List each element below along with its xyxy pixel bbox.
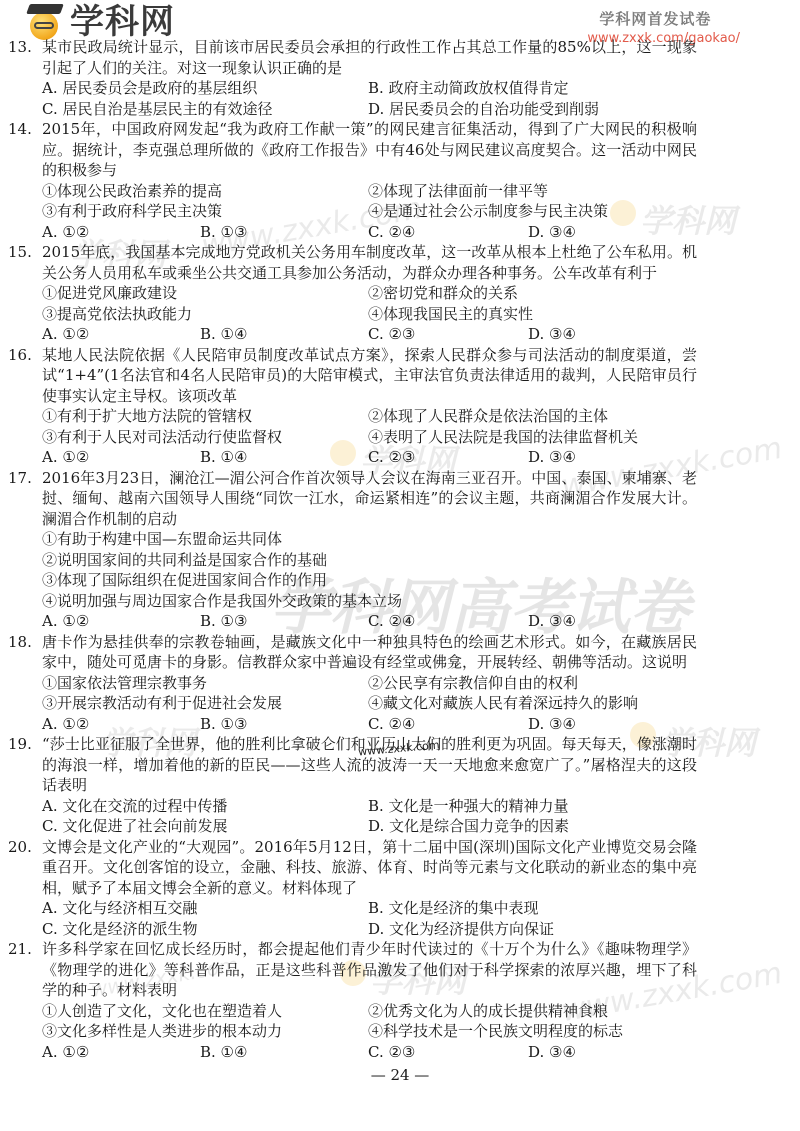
question-stem: 文博会是文化产业的“大观园”。2016年5月12日，第十二届中国(深圳)国际文化… <box>42 837 697 899</box>
question-number: 21. <box>8 939 42 1001</box>
choice-c[interactable]: C. ②④ <box>368 222 528 243</box>
choice-c[interactable]: C. ②③ <box>368 324 528 345</box>
question-stem: 某地人民法院依据《人民陪审员制度改革试点方案》，探索人民群众参与司法活动的制度渠… <box>42 345 697 407</box>
statement-2: ②密切党和群众的关系 <box>368 283 518 304</box>
choice-d[interactable]: D. ③④ <box>528 714 576 735</box>
statement-3: ③有利于人民对司法活动行使监督权 <box>42 427 368 448</box>
page-number: — 24 — <box>0 1066 800 1084</box>
question-18: 18.唐卡作为悬挂供奉的宗教卷轴画，是藏族文化中一种独具特色的绘画艺术形式。如今… <box>8 632 708 735</box>
choice-b[interactable]: B. 文化是一种强大的精神力量 <box>368 796 569 817</box>
choice-d[interactable]: D. ③④ <box>528 447 576 468</box>
choice-a[interactable]: A. ①② <box>42 324 200 345</box>
choice-a[interactable]: A. 居民委员会是政府的基层组织 <box>42 78 368 99</box>
question-21: 21.许多科学家在回忆成长经历时，都会提起他们青少年时代读过的《十万个为什么》《… <box>8 939 708 1062</box>
choice-b[interactable]: B. 文化是经济的集中表现 <box>368 898 539 919</box>
statement-1: ①促进党风廉政建设 <box>42 283 368 304</box>
statement-1: ①人创造了文化，文化也在塑造着人 <box>42 1001 368 1022</box>
statement-2: ②说明国家间的共同利益是国家合作的基础 <box>8 550 708 571</box>
choice-d[interactable]: D. ③④ <box>528 324 576 345</box>
header-title: 学科网首发试卷 <box>599 8 740 29</box>
site-logo: 学科网 <box>22 2 192 42</box>
choice-a[interactable]: A. ①② <box>42 714 200 735</box>
statement-4: ④说明加强与周边国家合作是我国外交政策的基本立场 <box>8 591 708 612</box>
statement-4: ④藏文化对藏族人民有着深远持久的影响 <box>368 693 638 714</box>
choice-b[interactable]: B. ①④ <box>200 447 368 468</box>
choice-d[interactable]: D. ③④ <box>528 1042 576 1063</box>
choice-b[interactable]: B. ①③ <box>200 222 368 243</box>
choice-a[interactable]: A. ①② <box>42 447 200 468</box>
choice-b[interactable]: B. 政府主动简政放权值得肯定 <box>368 78 569 99</box>
choice-a[interactable]: A. ①② <box>42 1042 200 1063</box>
question-number: 15. <box>8 242 42 283</box>
question-13: 13.某市民政局统计显示，目前该市居民委员会承担的行政性工作占其总工作量的85%… <box>8 37 708 119</box>
statement-3: ③体现了国际组织在促进国家间合作的作用 <box>8 570 708 591</box>
statement-4: ④是通过社会公示制度参与民主决策 <box>368 201 608 222</box>
statement-4: ④表明了人民法院是我国的法律监督机关 <box>368 427 638 448</box>
question-19: 19.“莎士比亚征服了全世界，他的胜利比拿破仑们和亚历山大们的胜利更为巩固。每天… <box>8 734 708 837</box>
choice-c[interactable]: C. ②③ <box>368 447 528 468</box>
choice-c[interactable]: C. ②④ <box>368 714 528 735</box>
question-stem: 2016年3月23日，澜沧江—湄公河合作首次领导人会议在海南三亚召开。中国、泰国… <box>42 468 697 530</box>
question-stem: 2015年底，我国基本完成地方党政机关公务用车制度改革，这一改革从根本上杜绝了公… <box>42 242 697 283</box>
statement-1: ①有助于构建中国—东盟命运共同体 <box>8 529 708 550</box>
statement-1: ①体现公民政治素养的提高 <box>42 181 368 202</box>
choice-a[interactable]: A. ①② <box>42 611 200 632</box>
statement-2: ②优秀文化为人的成长提供精神食粮 <box>368 1001 608 1022</box>
choice-b[interactable]: B. ①③ <box>200 714 368 735</box>
question-number: 14. <box>8 119 42 181</box>
logo-text: 学科网 <box>70 2 175 42</box>
statement-3: ③有利于政府科学民主决策 <box>42 201 368 222</box>
question-stem: 某市民政局统计显示，目前该市居民委员会承担的行政性工作占其总工作量的85%以上，… <box>42 37 697 78</box>
choice-d[interactable]: D. ③④ <box>528 222 576 243</box>
choice-c[interactable]: C. 文化促进了社会向前发展 <box>42 816 368 837</box>
statement-2: ②体现了人民群众是依法治国的主体 <box>368 406 608 427</box>
choice-c[interactable]: C. 文化是经济的派生物 <box>42 919 368 940</box>
question-number: 13. <box>8 37 42 78</box>
choice-b[interactable]: B. ①④ <box>200 324 368 345</box>
choice-a[interactable]: A. 文化与经济相互交融 <box>42 898 368 919</box>
choice-b[interactable]: B. ①④ <box>200 1042 368 1063</box>
choice-b[interactable]: B. ①③ <box>200 611 368 632</box>
statement-3: ③提高党依法执政能力 <box>42 304 368 325</box>
question-16: 16.某地人民法院依据《人民陪审员制度改革试点方案》，探索人民群众参与司法活动的… <box>8 345 708 468</box>
question-number: 20. <box>8 837 42 899</box>
choice-a[interactable]: A. ①② <box>42 222 200 243</box>
question-stem: 2015年，中国政府网发起“我为政府工作献一策”的网民建言征集活动，得到了广大网… <box>42 119 697 181</box>
statement-2: ②体现了法律面前一律平等 <box>368 181 548 202</box>
statement-4: ④体现我国民主的真实性 <box>368 304 533 325</box>
question-17: 17.2016年3月23日，澜沧江—湄公河合作首次领导人会议在海南三亚召开。中国… <box>8 468 708 632</box>
question-number: 19. <box>8 734 42 796</box>
choice-d[interactable]: D. 文化是综合国力竞争的因素 <box>368 816 569 837</box>
question-number: 16. <box>8 345 42 407</box>
glasses-icon <box>34 22 54 29</box>
statement-1: ①有利于扩大地方法院的管辖权 <box>42 406 368 427</box>
question-20: 20.文博会是文化产业的“大观园”。2016年5月12日，第十二届中国(深圳)国… <box>8 837 708 940</box>
question-14: 14.2015年，中国政府网发起“我为政府工作献一策”的网民建言征集活动，得到了… <box>8 119 708 242</box>
choice-d[interactable]: D. 居民委员会的自治功能受到削弱 <box>368 99 599 120</box>
question-stem: “莎士比亚征服了全世界，他的胜利比拿破仑们和亚历山大们的胜利更为巩固。每天每天，… <box>42 734 697 796</box>
question-15: 15.2015年底，我国基本完成地方党政机关公务用车制度改革，这一改革从根本上杜… <box>8 242 708 345</box>
choice-c[interactable]: C. 居民自治是基层民主的有效途径 <box>42 99 368 120</box>
choice-d[interactable]: D. ③④ <box>528 611 576 632</box>
statement-3: ③文化多样性是人类进步的根本动力 <box>42 1021 368 1042</box>
choice-a[interactable]: A. 文化在交流的过程中传播 <box>42 796 368 817</box>
statement-3: ③开展宗教活动有利于促进社会发展 <box>42 693 368 714</box>
choice-c[interactable]: C. ②④ <box>368 611 528 632</box>
question-stem: 许多科学家在回忆成长经历时，都会提起他们青少年时代读过的《十万个为什么》《趣味物… <box>42 939 697 1001</box>
exam-content: 13.某市民政局统计显示，目前该市居民委员会承担的行政性工作占其总工作量的85%… <box>8 37 708 1062</box>
page-header: 学科网 学科网首发试卷 www.zxxk.com/gaokao/ <box>0 0 800 40</box>
question-number: 18. <box>8 632 42 673</box>
choice-c[interactable]: C. ②③ <box>368 1042 528 1063</box>
choice-d[interactable]: D. 文化为经济提供方向保证 <box>368 919 554 940</box>
question-number: 17. <box>8 468 42 530</box>
graduation-cap-icon <box>26 4 64 14</box>
statement-4: ④科学技术是一个民族文明程度的标志 <box>368 1021 623 1042</box>
statement-2: ②公民享有宗教信仰自由的权利 <box>368 673 578 694</box>
statement-1: ①国家依法管理宗教事务 <box>42 673 368 694</box>
question-stem: 唐卡作为悬挂供奉的宗教卷轴画，是藏族文化中一种独具特色的绘画艺术形式。如今，在藏… <box>42 632 697 673</box>
